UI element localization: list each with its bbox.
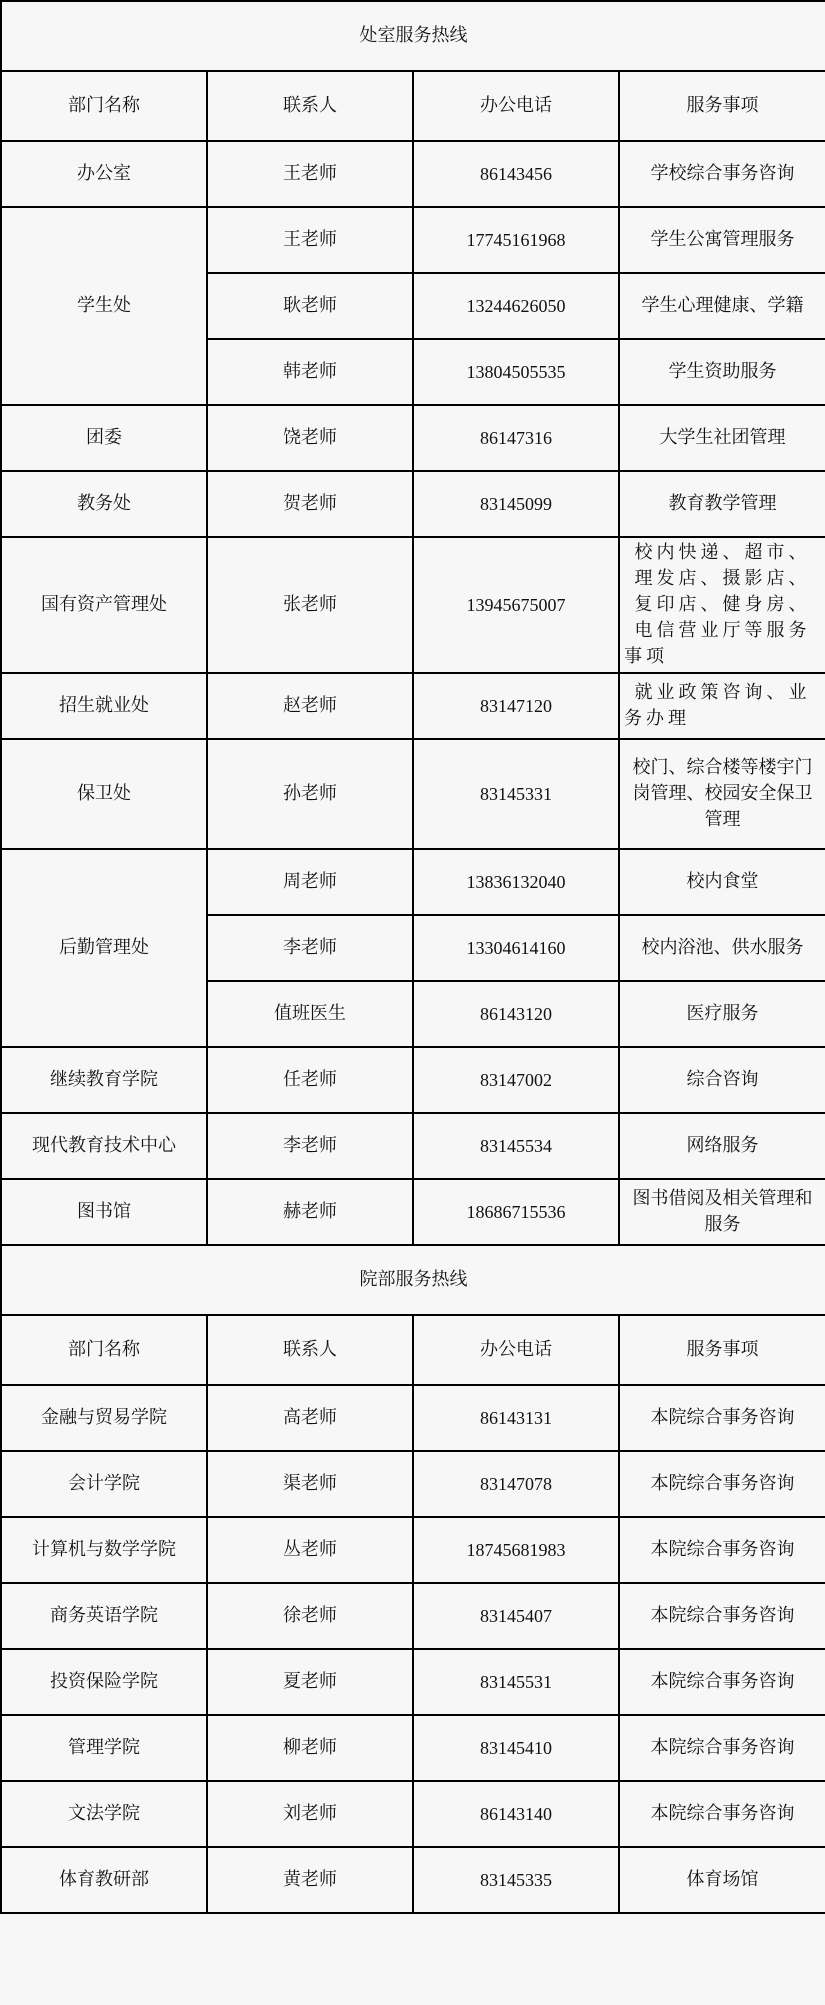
table-row: 学生处 王老师 17745161968 学生公寓管理服务 — [1, 207, 825, 273]
service-item: 校门、综合楼等楼宇门岗管理、校园安全保卫管理 — [619, 739, 825, 849]
header-phone: 办公电话 — [413, 1315, 619, 1385]
phone-number: 83145534 — [413, 1113, 619, 1179]
department-name: 国有资产管理处 — [1, 537, 207, 673]
phone-number: 83147002 — [413, 1047, 619, 1113]
department-name: 团委 — [1, 405, 207, 471]
contact-person: 饶老师 — [207, 405, 413, 471]
phone-number: 86143140 — [413, 1781, 619, 1847]
table-row: 体育教研部 黄老师 83145335 体育场馆 — [1, 1847, 825, 1913]
contact-person: 耿老师 — [207, 273, 413, 339]
table-row: 计算机与数学学院 丛老师 18745681983 本院综合事务咨询 — [1, 1517, 825, 1583]
contact-person: 渠老师 — [207, 1451, 413, 1517]
department-name: 体育教研部 — [1, 1847, 207, 1913]
service-item: 就业政策咨询、业务办理 — [619, 673, 825, 739]
service-item: 网络服务 — [619, 1113, 825, 1179]
column-header-row: 部门名称 联系人 办公电话 服务事项 — [1, 71, 825, 141]
service-hotline-table: 处室服务热线 部门名称 联系人 办公电话 服务事项 办公室 王老师 861434… — [0, 0, 825, 1914]
department-name: 继续教育学院 — [1, 1047, 207, 1113]
section-title: 处室服务热线 — [1, 1, 825, 71]
contact-person: 黄老师 — [207, 1847, 413, 1913]
service-item: 学校综合事务咨询 — [619, 141, 825, 207]
contact-person: 王老师 — [207, 141, 413, 207]
department-name: 商务英语学院 — [1, 1583, 207, 1649]
service-item: 图书借阅及相关管理和服务 — [619, 1179, 825, 1245]
phone-number: 18745681983 — [413, 1517, 619, 1583]
phone-number: 83145407 — [413, 1583, 619, 1649]
table-row: 图书馆 赫老师 18686715536 图书借阅及相关管理和服务 — [1, 1179, 825, 1245]
service-item: 校内快递、超市、理发店、摄影店、复印店、健身房、电信营业厅等服务事项 — [619, 537, 825, 673]
contact-person: 韩老师 — [207, 339, 413, 405]
phone-number: 86143131 — [413, 1385, 619, 1451]
service-item: 本院综合事务咨询 — [619, 1649, 825, 1715]
service-item: 本院综合事务咨询 — [619, 1517, 825, 1583]
department-name: 招生就业处 — [1, 673, 207, 739]
contact-person: 夏老师 — [207, 1649, 413, 1715]
table-row: 保卫处 孙老师 83145331 校门、综合楼等楼宇门岗管理、校园安全保卫管理 — [1, 739, 825, 849]
phone-number: 83145531 — [413, 1649, 619, 1715]
contact-person: 李老师 — [207, 1113, 413, 1179]
table-row: 招生就业处 赵老师 83147120 就业政策咨询、业务办理 — [1, 673, 825, 739]
table-row: 管理学院 柳老师 83145410 本院综合事务咨询 — [1, 1715, 825, 1781]
table-row: 团委 饶老师 86147316 大学生社团管理 — [1, 405, 825, 471]
service-item: 学生心理健康、学籍 — [619, 273, 825, 339]
table-row: 现代教育技术中心 李老师 83145534 网络服务 — [1, 1113, 825, 1179]
service-item: 医疗服务 — [619, 981, 825, 1047]
contact-person: 丛老师 — [207, 1517, 413, 1583]
header-department: 部门名称 — [1, 71, 207, 141]
department-name: 会计学院 — [1, 1451, 207, 1517]
contact-person: 李老师 — [207, 915, 413, 981]
phone-number: 86143456 — [413, 141, 619, 207]
phone-number: 13945675007 — [413, 537, 619, 673]
header-service: 服务事项 — [619, 71, 825, 141]
phone-number: 13304614160 — [413, 915, 619, 981]
phone-number: 86143120 — [413, 981, 619, 1047]
table-row: 投资保险学院 夏老师 83145531 本院综合事务咨询 — [1, 1649, 825, 1715]
table-row: 教务处 贺老师 83145099 教育教学管理 — [1, 471, 825, 537]
service-item: 教育教学管理 — [619, 471, 825, 537]
department-name: 后勤管理处 — [1, 849, 207, 1047]
phone-number: 13244626050 — [413, 273, 619, 339]
table-row: 商务英语学院 徐老师 83145407 本院综合事务咨询 — [1, 1583, 825, 1649]
department-name: 投资保险学院 — [1, 1649, 207, 1715]
phone-number: 13804505535 — [413, 339, 619, 405]
phone-number: 83145410 — [413, 1715, 619, 1781]
department-name: 文法学院 — [1, 1781, 207, 1847]
service-item: 本院综合事务咨询 — [619, 1385, 825, 1451]
service-item: 体育场馆 — [619, 1847, 825, 1913]
header-contact: 联系人 — [207, 1315, 413, 1385]
contact-person: 高老师 — [207, 1385, 413, 1451]
contact-person: 值班医生 — [207, 981, 413, 1047]
contact-person: 孙老师 — [207, 739, 413, 849]
table-row: 继续教育学院 任老师 83147002 综合咨询 — [1, 1047, 825, 1113]
department-name: 学生处 — [1, 207, 207, 405]
department-name: 保卫处 — [1, 739, 207, 849]
table-row: 文法学院 刘老师 86143140 本院综合事务咨询 — [1, 1781, 825, 1847]
department-name: 办公室 — [1, 141, 207, 207]
contact-person: 赵老师 — [207, 673, 413, 739]
phone-number: 83145099 — [413, 471, 619, 537]
header-phone: 办公电话 — [413, 71, 619, 141]
phone-number: 18686715536 — [413, 1179, 619, 1245]
phone-number: 17745161968 — [413, 207, 619, 273]
header-contact: 联系人 — [207, 71, 413, 141]
contact-person: 贺老师 — [207, 471, 413, 537]
section-title-row: 院部服务热线 — [1, 1245, 825, 1315]
contact-person: 徐老师 — [207, 1583, 413, 1649]
contact-person: 赫老师 — [207, 1179, 413, 1245]
header-department: 部门名称 — [1, 1315, 207, 1385]
table-row: 金融与贸易学院 高老师 86143131 本院综合事务咨询 — [1, 1385, 825, 1451]
section-title: 院部服务热线 — [1, 1245, 825, 1315]
contact-person: 柳老师 — [207, 1715, 413, 1781]
department-name: 现代教育技术中心 — [1, 1113, 207, 1179]
department-name: 管理学院 — [1, 1715, 207, 1781]
contact-person: 任老师 — [207, 1047, 413, 1113]
table-row: 国有资产管理处 张老师 13945675007 校内快递、超市、理发店、摄影店、… — [1, 537, 825, 673]
contact-person: 周老师 — [207, 849, 413, 915]
header-service: 服务事项 — [619, 1315, 825, 1385]
service-item: 校内浴池、供水服务 — [619, 915, 825, 981]
contact-person: 张老师 — [207, 537, 413, 673]
phone-number: 13836132040 — [413, 849, 619, 915]
service-item: 大学生社团管理 — [619, 405, 825, 471]
department-name: 金融与贸易学院 — [1, 1385, 207, 1451]
department-name: 图书馆 — [1, 1179, 207, 1245]
section-title-row: 处室服务热线 — [1, 1, 825, 71]
phone-number: 83145331 — [413, 739, 619, 849]
service-item: 学生资助服务 — [619, 339, 825, 405]
phone-number: 83145335 — [413, 1847, 619, 1913]
contact-person: 刘老师 — [207, 1781, 413, 1847]
service-item: 综合咨询 — [619, 1047, 825, 1113]
service-item: 本院综合事务咨询 — [619, 1583, 825, 1649]
table-row: 会计学院 渠老师 83147078 本院综合事务咨询 — [1, 1451, 825, 1517]
service-item: 本院综合事务咨询 — [619, 1715, 825, 1781]
phone-number: 86147316 — [413, 405, 619, 471]
service-item: 学生公寓管理服务 — [619, 207, 825, 273]
phone-number: 83147078 — [413, 1451, 619, 1517]
service-item: 校内食堂 — [619, 849, 825, 915]
column-header-row: 部门名称 联系人 办公电话 服务事项 — [1, 1315, 825, 1385]
department-name: 计算机与数学学院 — [1, 1517, 207, 1583]
table-row: 办公室 王老师 86143456 学校综合事务咨询 — [1, 141, 825, 207]
table-row: 后勤管理处 周老师 13836132040 校内食堂 — [1, 849, 825, 915]
phone-number: 83147120 — [413, 673, 619, 739]
service-item: 本院综合事务咨询 — [619, 1781, 825, 1847]
department-name: 教务处 — [1, 471, 207, 537]
contact-person: 王老师 — [207, 207, 413, 273]
service-item: 本院综合事务咨询 — [619, 1451, 825, 1517]
